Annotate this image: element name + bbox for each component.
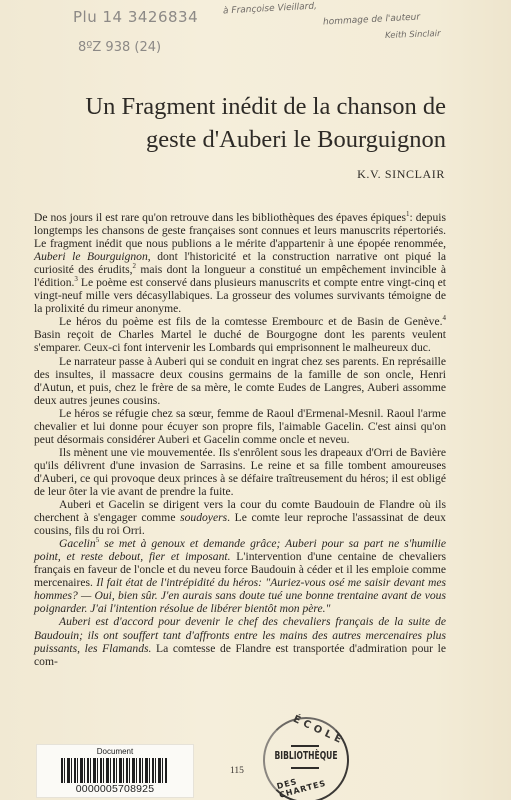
stamp-divider	[291, 767, 319, 769]
scanned-page: Plu 14 3426834 8ºZ 938 (24) à Françoise …	[0, 0, 511, 800]
text-run: Le héros se réfugie chez sa sœur, femme …	[34, 407, 446, 446]
paragraph: Gacelin5 se met à genoux et demande grâc…	[34, 537, 446, 615]
article-author: K.V. SINCLAIR	[357, 167, 445, 182]
paragraph: Le narrateur passe à Auberi qui se condu…	[34, 355, 446, 407]
text-run: Le narrateur passe à Auberi qui se condu…	[34, 355, 446, 407]
barcode-label: Document 0000005708925	[36, 744, 194, 798]
stamp-middle-text: BIBLIOTHÈQUE	[269, 749, 343, 761]
paragraph: Ils mènent une vie mouvementée. Ils s'en…	[34, 446, 446, 498]
text-run: De nos jours il est rare qu'on retrouve …	[34, 211, 406, 224]
title-line-2: geste d'Auberi le Bourguignon	[146, 126, 446, 153]
stamp-divider	[291, 745, 319, 747]
handwritten-dedication-signature: Keith Sinclair	[385, 29, 441, 41]
italic-text-run: soudoyers	[180, 511, 227, 524]
italic-text-run: Gacelin	[59, 537, 96, 550]
italic-text-run: Auberi le Bourguignon	[34, 250, 148, 263]
text-run: Le poème est conservé dans plusieurs man…	[34, 276, 446, 315]
barcode-icon	[61, 758, 167, 783]
paragraph: Le héros du poème est fils de la comtess…	[34, 315, 446, 354]
paragraph: Auberi est d'accord pour devenir le chef…	[34, 615, 446, 667]
handwritten-dedication-line-2: hommage de l'auteur	[323, 12, 421, 27]
handwritten-dedication-line-1: à Françoise Vieillard,	[223, 2, 317, 17]
stamp-top-text: ÉCOLE	[291, 714, 346, 748]
title-line-1: Un Fragment inédit de la chanson de	[85, 93, 446, 120]
library-stamp-icon: ÉCOLE BIBLIOTHÈQUE DES CHARTES	[263, 717, 349, 800]
italic-text-run: Il fait état de l'intrépidité du héros: …	[34, 576, 446, 615]
text-run: Le héros du poème est fils de la comtess…	[59, 315, 443, 328]
text-run: Ils mènent une vie mouvementée. Ils s'en…	[34, 446, 446, 498]
barcode-title: Document	[37, 747, 193, 756]
barcode-number: 0000005708925	[37, 783, 193, 795]
footnote-marker: 4	[443, 315, 447, 323]
article-title: Un Fragment inédit de la chanson de gest…	[40, 90, 446, 156]
handwritten-shelf-mark: 8ºZ 938 (24)	[78, 40, 161, 55]
text-run: Basin reçoit de Charles Martel le duché …	[34, 328, 446, 354]
paragraph: De nos jours il est rare qu'on retrouve …	[34, 211, 446, 315]
stamp-bottom-text: DES CHARTES	[276, 764, 348, 800]
paragraph: Le héros se réfugie chez sa sœur, femme …	[34, 407, 446, 446]
page-number: 115	[230, 766, 244, 776]
handwritten-call-number: Plu 14 3426834	[73, 8, 198, 26]
paragraph: Auberi et Gacelin se dirigent vers la co…	[34, 498, 446, 537]
article-body: De nos jours il est rare qu'on retrouve …	[34, 211, 446, 668]
